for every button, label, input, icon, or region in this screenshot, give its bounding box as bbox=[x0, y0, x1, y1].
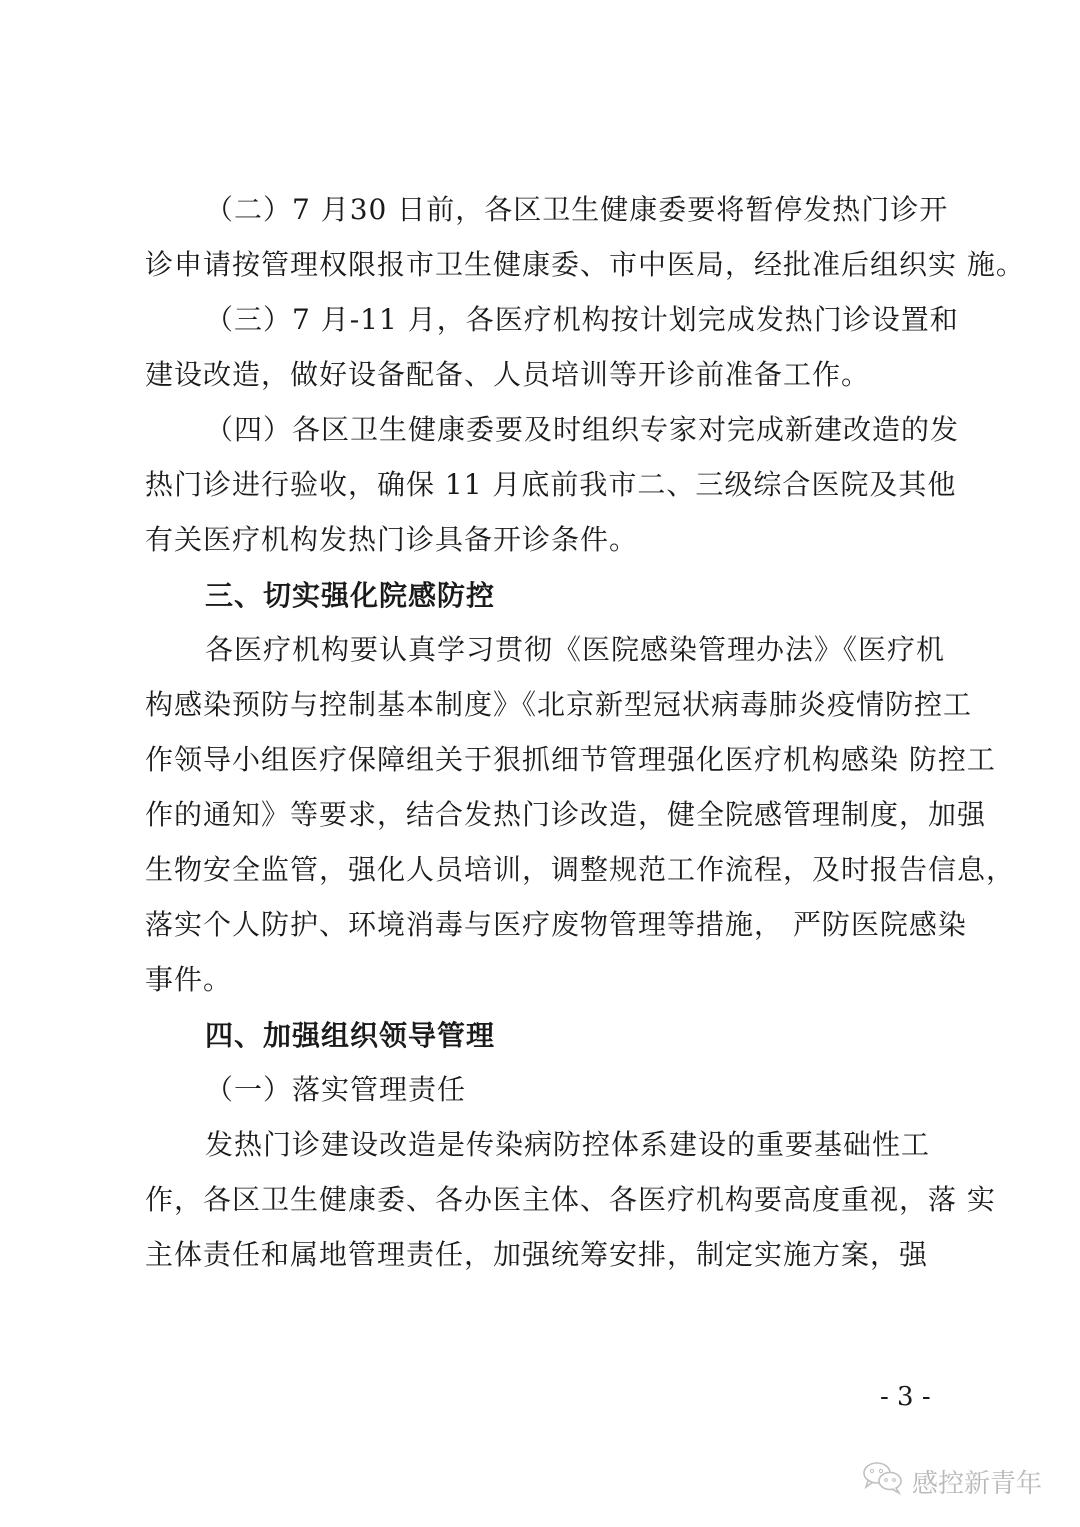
watermark-text: 感控新青年 bbox=[912, 1463, 1042, 1500]
text-line: 热门诊进行验收，确保 11 月底前我市二、三级综合医院及其他 bbox=[145, 465, 956, 505]
text-line: 发热门诊建设改造是传染病防控体系建设的重要基础性工 bbox=[205, 1125, 930, 1165]
text-line: 作的通知》等要求，结合发热门诊改造，健全院感管理制度，加强 bbox=[145, 795, 986, 835]
text-line: 落实个人防护、环境消毒与医疗废物管理等措施， 严防医院感染 bbox=[145, 905, 967, 945]
text-line: 事件。 bbox=[145, 960, 232, 1000]
watermark: 感控新青年 bbox=[862, 1460, 1042, 1503]
text-line: 有关医疗机构发热门诊具备开诊条件。 bbox=[145, 520, 638, 560]
page-number: - 3 - bbox=[880, 1380, 931, 1414]
text-line: 生物安全监管，强化人员培训，调整规范工作流程，及时报告信息， bbox=[145, 850, 1015, 890]
section-heading: 四、加强组织领导管理 bbox=[205, 1016, 495, 1056]
section-heading: 三、切实强化院感防控 bbox=[205, 576, 495, 616]
text-line: （二）7 月30 日前，各区卫生健康委要将暂停发热门诊开 bbox=[205, 190, 948, 230]
text-line: 构感染预防与控制基本制度》《北京新型冠状病毒肺炎疫情防控工 bbox=[145, 685, 972, 725]
text-line: （一）落实管理责任 bbox=[205, 1070, 466, 1110]
text-line: 各医疗机构要认真学习贯彻《医院感染管理办法》《医疗机 bbox=[205, 630, 945, 670]
text-line: （三）7 月-11 月，各医疗机构按计划完成发热门诊设置和 bbox=[205, 300, 959, 340]
text-line: 建设改造，做好设备配备、人员培训等开诊前准备工作。 bbox=[145, 355, 870, 395]
wechat-icon bbox=[862, 1460, 904, 1503]
text-line: 作领导小组医疗保障组关于狠抓细节管理强化医疗机构感染 防控工 bbox=[145, 740, 996, 780]
text-line: （四）各区卫生健康委要及时组织专家对完成新建改造的发 bbox=[205, 410, 959, 450]
text-line: 主体责任和属地管理责任，加强统筹安排，制定实施方案，强 bbox=[145, 1235, 928, 1275]
text-line: 诊申请按管理权限报市卫生健康委、市中医局，经批准后组织实 施。 bbox=[145, 245, 1025, 285]
text-line: 作，各区卫生健康委、各办医主体、各医疗机构要高度重视，落 实 bbox=[145, 1180, 996, 1220]
